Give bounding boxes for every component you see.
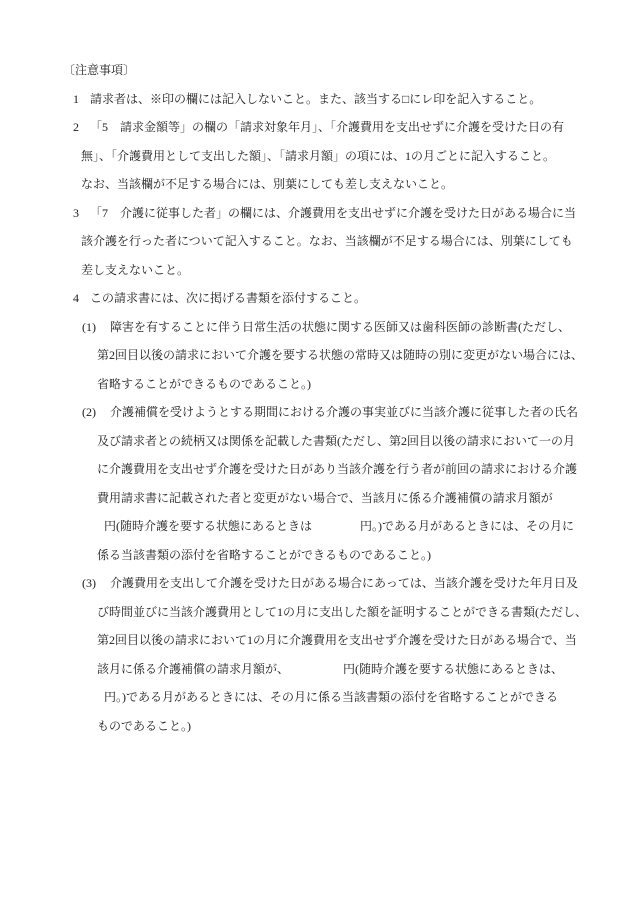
attachment-1-text-1: 障害を有することに伴う日常生活の状態に関する医師又は歯科医師の診断書(ただし、: [110, 320, 570, 334]
note-2-line-2: 無」、「介護費用として支出した額」、「請求月額」の項には、1の月ごとに記入するこ…: [81, 142, 583, 171]
attachment-3-line-5: 円。)である月があるときには、その月に係る当該書類の添付を省略することができる: [104, 683, 583, 712]
note-1-number: 1: [73, 85, 90, 114]
attachment-2-line-2: 及び請求者との続柄又は関係を記載した書類(ただし、第2回目以後の請求において一の…: [97, 427, 583, 456]
attachment-2-line-6: 係る当該書類の添付を省略することができるものであること。): [97, 541, 583, 570]
note-3-line-1: 3「7 介護に従事した者」の欄には、介護費用を支出せずに介護を受けた日がある場合…: [73, 199, 583, 228]
attachment-2-text-1: 介護補償を受けようとする期間における介護の事実並びに当該介護に従事した者の氏名: [110, 405, 578, 419]
attachment-3-label: (3): [82, 569, 110, 598]
notes-title: 〔注意事項〕: [63, 56, 583, 85]
attachment-2-line-4: 費用請求書に記載された者と変更がない場合で、当該月に係る介護補償の請求月額が: [97, 484, 583, 513]
attachment-3-line-3: 第2回目以後の請求において1の月に介護費用を支出せず介護を受けた日がある場合で、…: [97, 626, 583, 655]
attachment-3-line-6: ものであること。): [97, 712, 583, 741]
attachment-3-line-2: び時間並びに当該介護費用として1の月に支出した額を証明することができる書類(ただ…: [97, 598, 583, 627]
note-2-line-1: 2「5 請求金額等」の欄の「請求対象年月」、「介護費用を支出せずに介護を受けた日…: [73, 113, 583, 142]
attachment-2-line-1: (2)介護補償を受けようとする期間における介護の事実並びに当該介護に従事した者の…: [82, 398, 583, 427]
note-1-text: 請求者は、※印の欄には記入しないこと。また、該当する□にレ印を記入すること。: [90, 92, 541, 106]
note-4-number: 4: [73, 284, 90, 313]
note-3-line-3: 差し支えないこと。: [81, 256, 583, 285]
attachment-1-line-2: 第2回目以後の請求において介護を要する状態の常時又は随時の別に変更がない場合には…: [97, 341, 583, 370]
attachment-1-line-1: (1)障害を有することに伴う日常生活の状態に関する医師又は歯科医師の診断書(ただ…: [82, 313, 583, 342]
note-3-line-2: 該介護を行った者について記入すること。なお、当該欄が不足する場合には、別葉にして…: [81, 227, 583, 256]
notes-document-page: 〔注意事項〕 1請求者は、※印の欄には記入しないこと。また、該当する□にレ印を記…: [0, 0, 630, 903]
note-3-number: 3: [73, 199, 90, 228]
attachment-3-line-4: 該月に係る介護補償の請求月額が、 円(随時介護を要する状態にあるときは、: [97, 655, 583, 684]
note-1: 1請求者は、※印の欄には記入しないこと。また、該当する□にレ印を記入すること。: [73, 85, 583, 114]
note-2-text-1: 「5 請求金額等」の欄の「請求対象年月」、「介護費用を支出せずに介護を受けた日の…: [90, 120, 564, 134]
attachment-3-line-1: (3)介護費用を支出して介護を受けた日がある場合にあっては、当該介護を受けた年月…: [82, 569, 583, 598]
note-2-line-3: なお、当該欄が不足する場合には、別葉にしても差し支えないこと。: [81, 170, 583, 199]
attachment-1-line-3: 省略することができるものであること。): [97, 370, 583, 399]
note-4-text: この請求書には、次に掲げる書類を添付すること。: [90, 291, 366, 305]
attachment-2-line-3: に介護費用を支出せず介護を受けた日があり当該介護を行う者が前回の請求における介護: [97, 455, 583, 484]
note-2-number: 2: [73, 113, 90, 142]
note-4: 4この請求書には、次に掲げる書類を添付すること。: [73, 284, 583, 313]
attachment-1-label: (1): [82, 313, 110, 342]
attachment-3-text-1: 介護費用を支出して介護を受けた日がある場合にあっては、当該介護を受けた年月日及: [110, 576, 578, 590]
attachment-2-label: (2): [82, 398, 110, 427]
notes-content: 〔注意事項〕 1請求者は、※印の欄には記入しないこと。また、該当する□にレ印を記…: [63, 56, 583, 740]
attachment-2-line-5: 円(随時介護を要する状態にあるときは 円。)である月があるときには、その月に: [104, 512, 583, 541]
note-3-text-1: 「7 介護に従事した者」の欄には、介護費用を支出せずに介護を受けた日がある場合に…: [90, 206, 576, 220]
